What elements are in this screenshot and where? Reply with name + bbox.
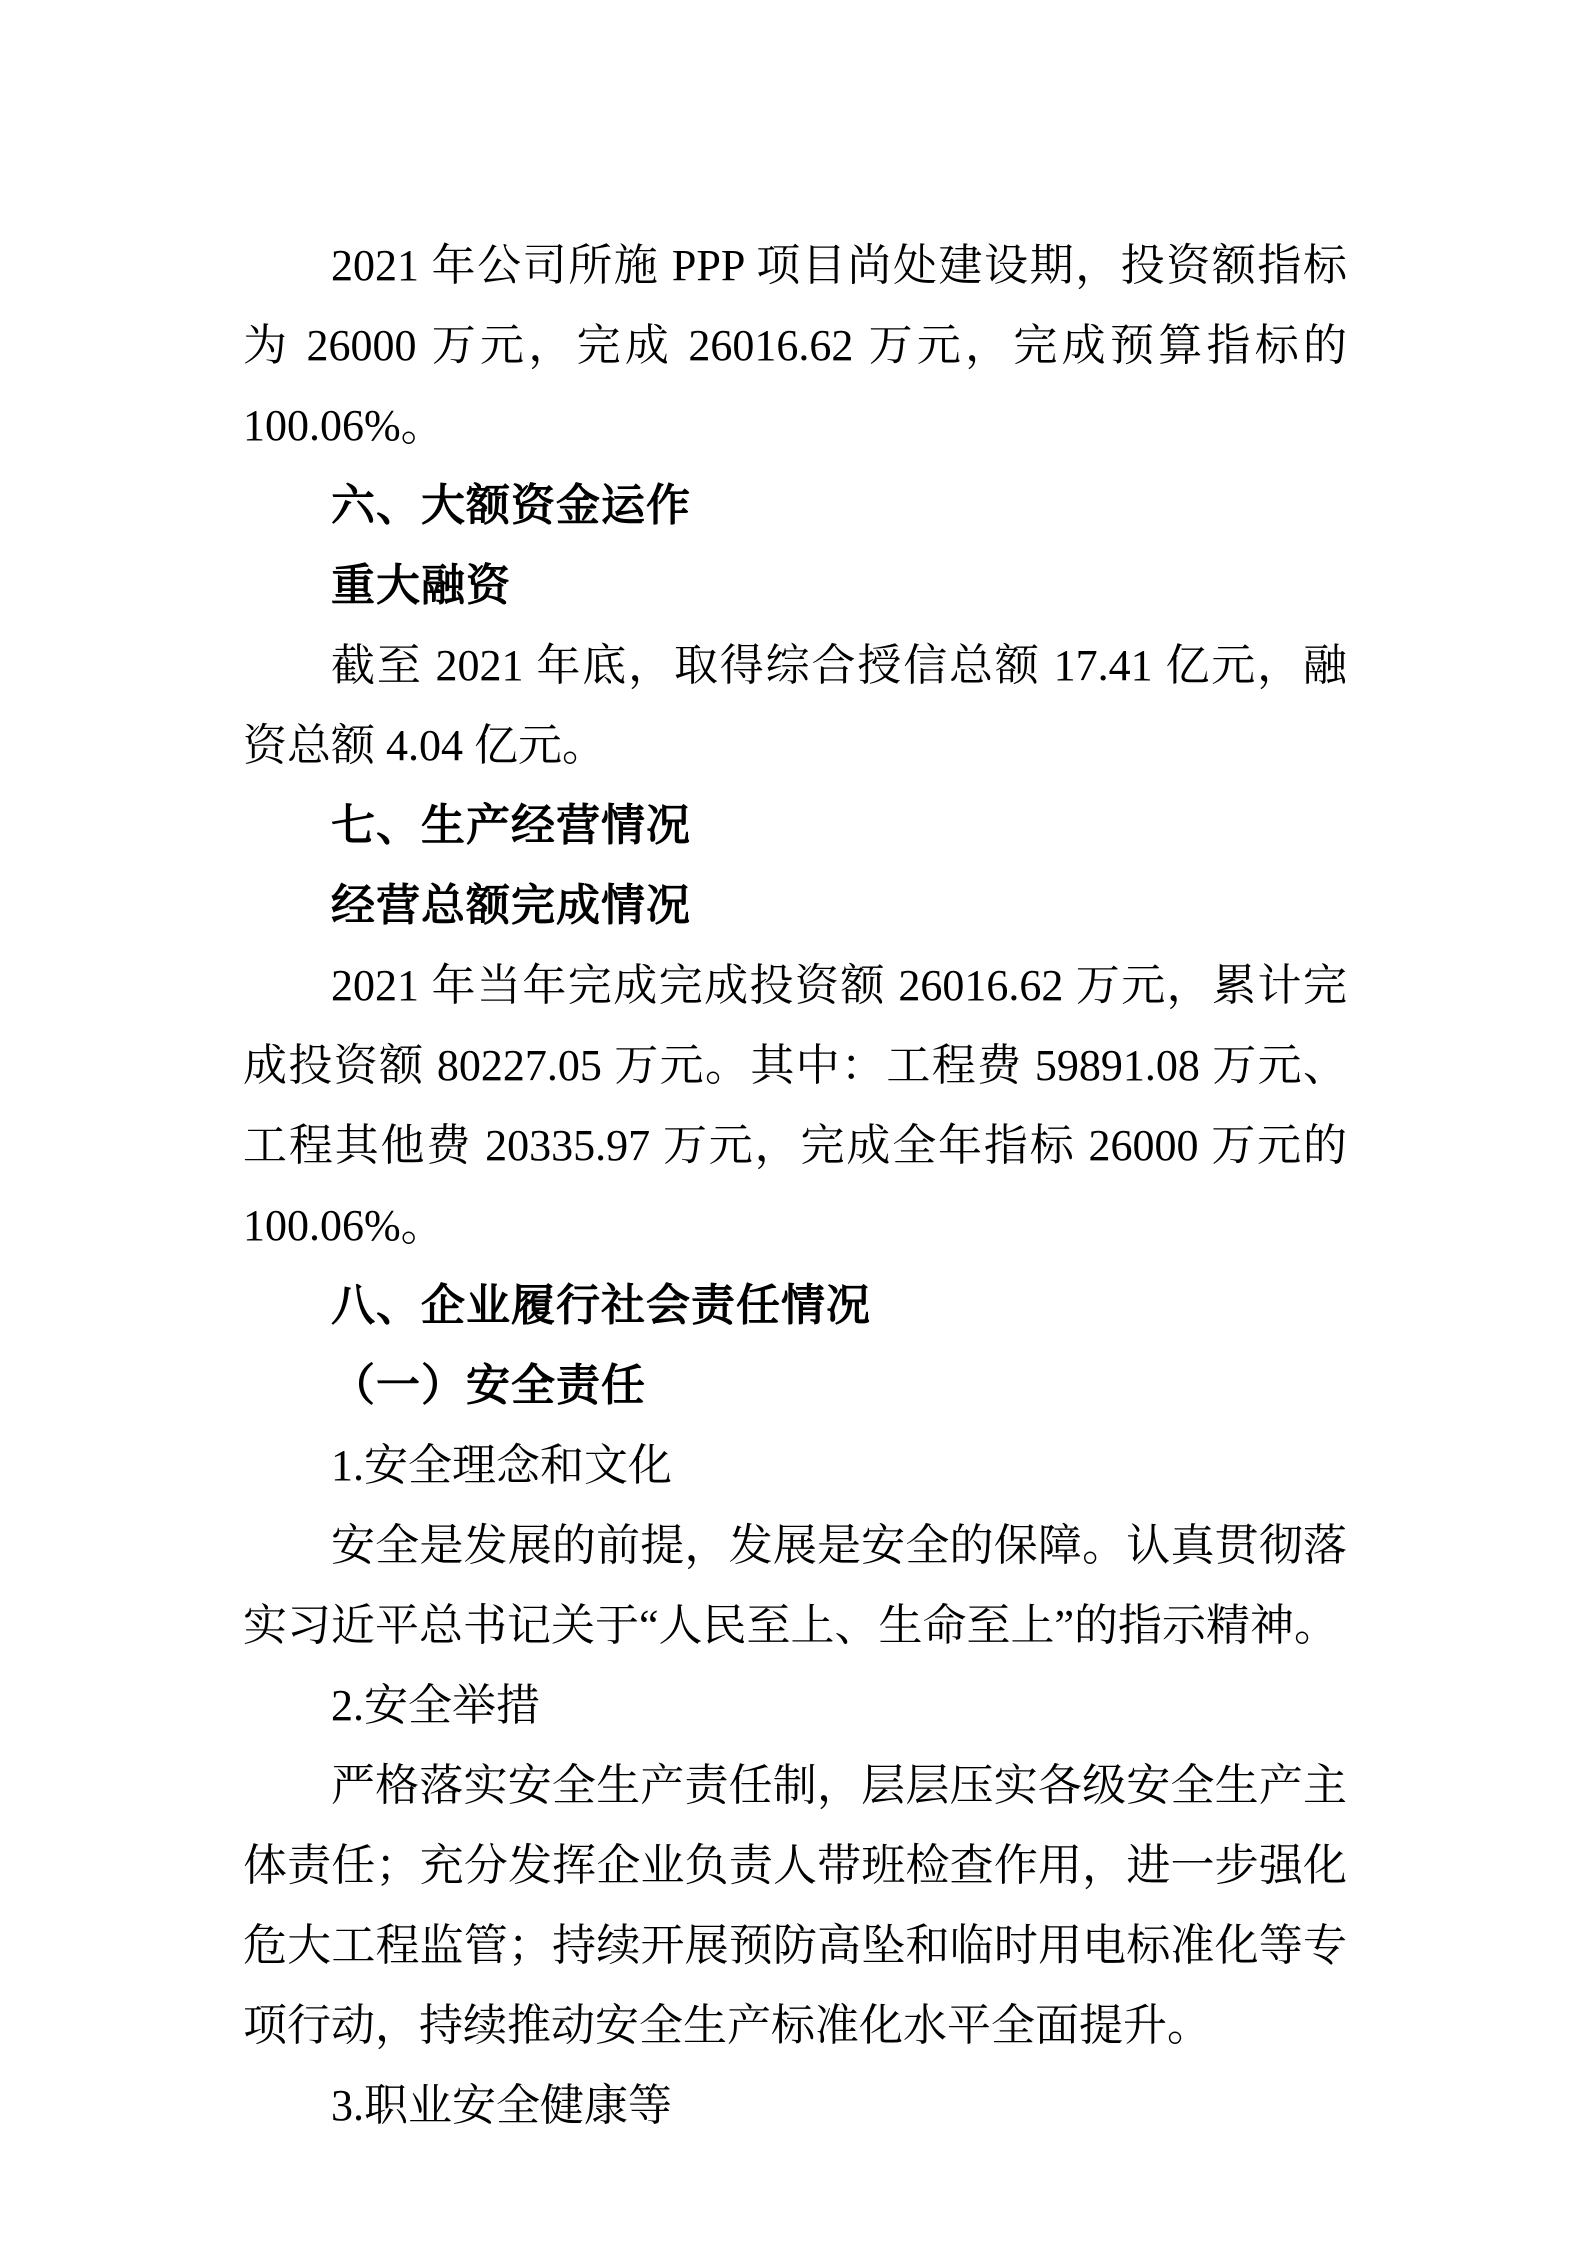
- paragraph-financing-totals: 截至 2021 年底，取得综合授信总额 17.41 亿元，融资总额 4.04 亿…: [243, 626, 1347, 786]
- paragraph-operation-figures: 2021 年当年完成完成投资额 26016.62 万元，累计完成投资额 8022…: [243, 946, 1347, 1266]
- heading-major-financing: 重大融资: [243, 546, 1347, 626]
- heading-section-7-operations: 七、生产经营情况: [243, 786, 1347, 866]
- document-page: 2021 年公司所施 PPP 项目尚处建设期，投资额指标为 26000 万元，完…: [0, 0, 1587, 2245]
- heading-safety-responsibility: （一）安全责任: [243, 1346, 1347, 1426]
- item-safety-measures-title: 2.安全举措: [243, 1666, 1347, 1746]
- heading-operation-completion: 经营总额完成情况: [243, 866, 1347, 946]
- paragraph-ppp-investment: 2021 年公司所施 PPP 项目尚处建设期，投资额指标为 26000 万元，完…: [243, 226, 1347, 466]
- heading-section-8-social: 八、企业履行社会责任情况: [243, 1266, 1347, 1346]
- item-occupational-health-title: 3.职业安全健康等: [243, 2066, 1347, 2146]
- heading-section-6-funds: 六、大额资金运作: [243, 466, 1347, 546]
- paragraph-safety-measures: 严格落实安全生产责任制，层层压实各级安全生产主体责任；充分发挥企业负责人带班检查…: [243, 1746, 1347, 2066]
- paragraph-safety-concept: 安全是发展的前提，发展是安全的保障。认真贯彻落实习近平总书记关于“人民至上、生命…: [243, 1506, 1347, 1666]
- item-safety-concept-title: 1.安全理念和文化: [243, 1426, 1347, 1506]
- document-content: 2021 年公司所施 PPP 项目尚处建设期，投资额指标为 26000 万元，完…: [243, 226, 1347, 2146]
